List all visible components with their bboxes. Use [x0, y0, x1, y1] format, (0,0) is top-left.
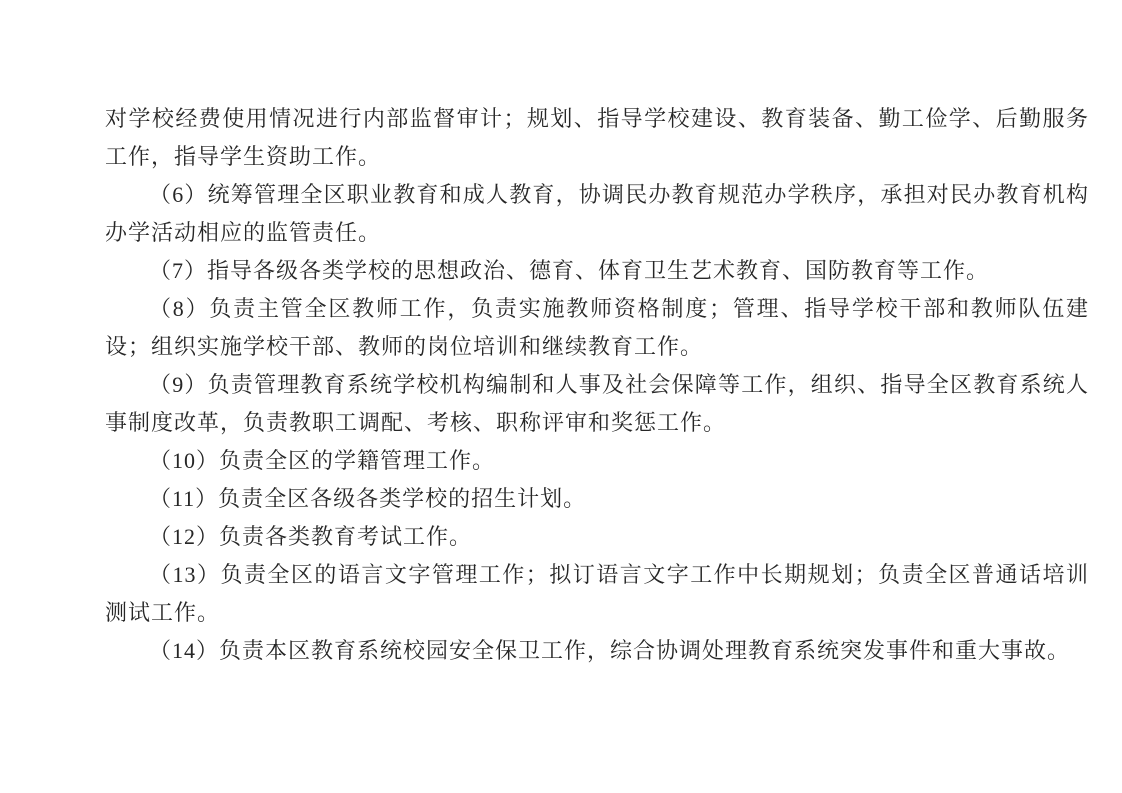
document-page: 对学校经费使用情况进行内部监督审计；规划、指导学校建设、教育装备、勤工俭学、后勤…	[0, 0, 1122, 793]
paragraph-item-8: （8）负责主管全区教师工作，负责实施教师资格制度；管理、指导学校干部和教师队伍建…	[105, 290, 1089, 366]
paragraph-item-14: （14）负责本区教育系统校园安全保卫工作，综合协调处理教育系统突发事件和重大事故…	[105, 632, 1089, 670]
paragraph-item-12: （12）负责各类教育考试工作。	[105, 518, 1089, 556]
paragraph-continuation: 对学校经费使用情况进行内部监督审计；规划、指导学校建设、教育装备、勤工俭学、后勤…	[105, 100, 1089, 176]
paragraph-item-13: （13）负责全区的语言文字管理工作；拟订语言文字工作中长期规划；负责全区普通话培…	[105, 556, 1089, 632]
paragraph-item-11: （11）负责全区各级各类学校的招生计划。	[105, 480, 1089, 518]
paragraph-item-9: （9）负责管理教育系统学校机构编制和人事及社会保障等工作，组织、指导全区教育系统…	[105, 366, 1089, 442]
paragraph-item-7: （7）指导各级各类学校的思想政治、德育、体育卫生艺术教育、国防教育等工作。	[105, 252, 1089, 290]
paragraph-item-10: （10）负责全区的学籍管理工作。	[105, 442, 1089, 480]
document-text-block: 对学校经费使用情况进行内部监督审计；规划、指导学校建设、教育装备、勤工俭学、后勤…	[105, 100, 1089, 670]
paragraph-item-6: （6）统筹管理全区职业教育和成人教育，协调民办教育规范办学秩序，承担对民办教育机…	[105, 176, 1089, 252]
